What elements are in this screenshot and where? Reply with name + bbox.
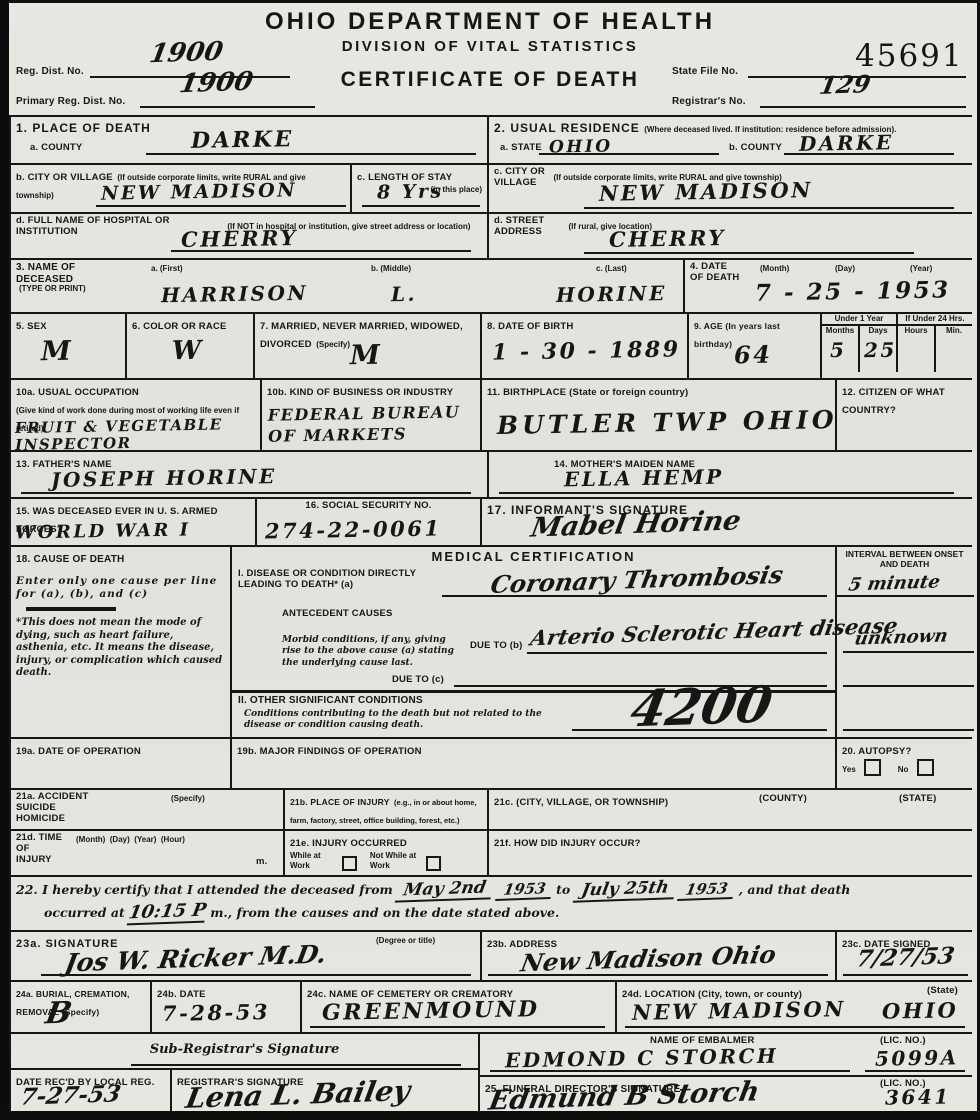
- residence-county-label: b. COUNTY: [729, 143, 782, 154]
- date-received-value: 7-27-53: [18, 1080, 123, 1110]
- burial-type-cell: 24a. BURIAL, CREMATION, REMOVAL (Specify…: [9, 980, 150, 1032]
- cause-note-1: Enter only one cause per line for (a), (…: [16, 575, 225, 601]
- primary-reg-dist-label: Primary Reg. Dist. No.: [16, 96, 125, 108]
- reg-dist-label: Reg. Dist. No.: [16, 66, 84, 78]
- birthplace-value: BUTLER TWP OHIO: [497, 405, 838, 440]
- date-of-birth-cell: 8. DATE OF BIRTH 1 - 30 - 1889: [480, 312, 687, 378]
- under-1-year-label: Under 1 Year: [822, 314, 898, 324]
- document-title: OHIO DEPARTMENT OF HEALTH: [0, 8, 980, 36]
- time-of-injury-m: m.: [256, 857, 268, 868]
- registrar-no-value: 129: [817, 69, 873, 100]
- interval-cell: INTERVAL BETWEEN ONSET AND DEATH 5 minut…: [835, 545, 972, 737]
- ssn-label: 16. SOCIAL SECURITY NO.: [262, 501, 475, 512]
- date-of-death-label: 4. DATE OF DEATH: [690, 262, 740, 284]
- major-findings-label: 19b. MAJOR FINDINGS OF OPERATION: [237, 746, 422, 757]
- place-of-injury-label: 21b. PLACE OF INJURY: [290, 797, 390, 807]
- section2-title: 2. USUAL RESIDENCE: [494, 121, 640, 135]
- marital-note: (Specify): [316, 340, 350, 349]
- interval-label: INTERVAL BETWEEN ONSET AND DEATH: [842, 549, 967, 569]
- residence-city-value: NEW MADISON: [599, 177, 813, 206]
- mother-value: ELLA HEMP: [564, 465, 724, 492]
- while-at-work-label: While at Work: [290, 851, 338, 870]
- registrar-no-label: Registrar's No.: [672, 96, 746, 108]
- birthplace-label: 11. BIRTHPLACE (State or foreign country…: [487, 387, 688, 398]
- other-conditions-label: II. OTHER SIGNIFICANT CONDITIONS: [238, 695, 423, 707]
- date-of-operation-label: 19a. DATE OF OPERATION: [16, 746, 141, 757]
- first-name-label: a. (First): [151, 264, 183, 274]
- marital-value: M: [350, 340, 383, 372]
- burial-date-cell: 24b. DATE 7-28-53: [150, 980, 300, 1032]
- informant-cell: 17. INFORMANT'S SIGNATURE Mabel Horine: [480, 497, 972, 545]
- funeral-director-signature: Edmund B Storch: [486, 1076, 761, 1116]
- sub-registrar-label: Sub-Registrar's Signature: [16, 1042, 473, 1057]
- physician-signature-cell: 23a. SIGNATURE (Degree or title) Jos W. …: [9, 930, 480, 980]
- burial-date-label: 24b. DATE: [157, 989, 206, 1000]
- days-value: 25: [864, 337, 897, 362]
- ssn-cell: 16. SOCIAL SECURITY NO. 274-22-0061: [255, 497, 480, 545]
- under-24-hrs-label: If Under 24 Hrs.: [898, 314, 972, 324]
- certify-to: to: [556, 882, 570, 897]
- morbid-conditions-note: Morbid conditions, if any, giving rise t…: [282, 635, 462, 669]
- state-file-label: State File No.: [672, 66, 738, 78]
- other-conditions-note: Conditions contributing to the death but…: [244, 709, 544, 732]
- how-injury-occurred-cell: 21f. HOW DID INJURY OCCUR?: [487, 829, 972, 875]
- cemetery-value: GREENMOUND: [322, 996, 540, 1026]
- first-name-value: HARRISON: [161, 281, 309, 308]
- attended-to-year: 1953: [677, 879, 736, 901]
- residence-state-label: a. STATE: [500, 142, 542, 153]
- injury-occurred-cell: 21e. INJURY OCCURRED While at Work Not W…: [283, 829, 487, 875]
- not-while-at-work-label: Not While at Work: [370, 851, 422, 870]
- dod-month-label: (Month): [760, 264, 789, 274]
- cause-of-death-left-cell: 18. CAUSE OF DEATH Enter only one cause …: [9, 545, 230, 737]
- race-cell: 6. COLOR OR RACE W: [125, 312, 253, 378]
- business-cell: 10b. KIND OF BUSINESS OR INDUSTRY FEDERA…: [260, 378, 480, 450]
- date-of-operation-cell: 19a. DATE OF OPERATION: [9, 737, 230, 788]
- length-of-stay-value: 8 Yrs: [377, 180, 444, 203]
- funeral-director-lic-value: 3641: [885, 1084, 951, 1109]
- signature-degree-note: (Degree or title): [376, 936, 435, 946]
- race-value: W: [172, 336, 204, 367]
- usual-residence-cell: 2. USUAL RESIDENCE (Where deceased lived…: [487, 115, 972, 163]
- business-value: FEDERAL BUREAU OF MARKETS: [268, 402, 469, 447]
- due-to-b-label: DUE TO (b): [470, 641, 523, 652]
- burial-location-state-value: OHIO: [882, 997, 959, 1023]
- citizen-label: 12. CITIZEN OF WHAT COUNTRY?: [842, 387, 945, 416]
- residence-city-cell: c. CITY OR VILLAGE (If outside corporate…: [487, 163, 972, 212]
- street-value: CHERRY: [609, 225, 726, 252]
- last-name-label: c. (Last): [596, 264, 627, 274]
- ssn-value: 274-22-0061: [265, 515, 442, 543]
- days-label: Days: [860, 326, 896, 336]
- months-label: Months: [822, 326, 858, 336]
- months-value: 5: [830, 337, 847, 361]
- middle-name-value: L.: [391, 282, 417, 306]
- occupation-cell: 10a. USUAL OCCUPATION (Give kind of work…: [9, 378, 260, 450]
- date-received-cell: DATE REC'D BY LOCAL REG. 7-27-53: [9, 1068, 170, 1111]
- hospital-label: d. FULL NAME OF HOSPITAL OR INSTITUTION: [16, 216, 196, 238]
- cause-note-2: *This does not mean the mode of dying, s…: [16, 617, 225, 680]
- last-name-value: HORINE: [556, 281, 667, 307]
- birthplace-cell: 11. BIRTHPLACE (State or foreign country…: [480, 378, 835, 450]
- death-certificate-document: OHIO DEPARTMENT OF HEALTH DIVISION OF VI…: [0, 0, 980, 1120]
- citizen-cell: 12. CITIZEN OF WHAT COUNTRY?: [835, 378, 972, 450]
- primary-reg-dist-value: 1900: [177, 67, 255, 100]
- county-label: a. COUNTY: [30, 142, 82, 153]
- injury-city-label: 21c. (CITY, VILLAGE, OR TOWNSHIP): [494, 797, 668, 808]
- attended-from-value: May 2nd: [395, 877, 495, 902]
- name-of-deceased-cell: 3. NAME OF DECEASED (TYPE OR PRINT) a. (…: [9, 258, 683, 312]
- autopsy-no-checkbox: [917, 759, 934, 776]
- burial-location-state-label: (State): [927, 986, 958, 997]
- attended-from-year: 1953: [495, 879, 554, 901]
- city-label: b. CITY OR VILLAGE: [16, 172, 113, 183]
- due-to-c-label: DUE TO (c): [392, 675, 444, 686]
- time-of-death-value: 10:15 P: [127, 900, 208, 926]
- how-injury-occurred-label: 21f. HOW DID INJURY OCCUR?: [494, 838, 641, 849]
- place-of-death-county-cell: 1. PLACE OF DEATH a. COUNTY DARKE: [9, 115, 487, 163]
- city-value: NEW MADISON: [101, 179, 297, 204]
- father-value: JOSEPH HORINE: [51, 464, 277, 492]
- injury-occurred-label: 21e. INJURY OCCURRED: [290, 838, 407, 849]
- armed-forces-value: WORLD WAR I: [15, 519, 191, 543]
- time-of-injury-cols: (Month) (Day) (Year) (Hour): [76, 835, 185, 845]
- name-subtitle: (TYPE OR PRINT): [19, 284, 86, 294]
- interval-a-value: 5 minute: [847, 571, 942, 595]
- accident-label: 21a. ACCIDENT SUICIDE HOMICIDE: [16, 792, 96, 825]
- cause-a-value: Coronary Thrombosis: [488, 560, 785, 599]
- armed-forces-cell: 15. WAS DECEASED EVER IN U. S. ARMED FOR…: [9, 497, 255, 545]
- registrar-signature-value: Lena L. Bailey: [183, 1074, 412, 1115]
- date-of-death-value: 7 - 25 - 1953: [755, 276, 951, 306]
- dod-year-label: (Year): [910, 264, 932, 274]
- medical-certification-cell: MEDICAL CERTIFICATION I. DISEASE OR COND…: [230, 545, 835, 737]
- scan-left-edge: [0, 0, 9, 1120]
- certify-occurred: occurred at: [44, 905, 125, 920]
- burial-value: B: [43, 996, 75, 1032]
- autopsy-yes-label: Yes: [842, 765, 856, 774]
- injury-state-label: (STATE): [899, 794, 936, 805]
- residence-city-label: c. CITY OR VILLAGE: [494, 167, 549, 189]
- sex-value: M: [41, 336, 74, 368]
- burial-location-value: NEW MADISON: [632, 996, 846, 1025]
- age-subcolumns-cell: Under 1 Year If Under 24 Hrs. Months 5 D…: [820, 312, 972, 378]
- burial-date-value: 7-28-53: [162, 999, 270, 1026]
- occupation-value: FRUIT & VEGETABLE INSPECTOR: [15, 416, 251, 453]
- age-cell: 9. AGE (In years last birthday) 64: [687, 312, 820, 378]
- father-name-cell: 13. FATHER'S NAME JOSEPH HORINE: [9, 450, 487, 497]
- injury-location-cell: 21c. (CITY, VILLAGE, OR TOWNSHIP) (COUNT…: [487, 788, 972, 829]
- embalmer-name-value: EDMOND C STORCH: [505, 1044, 779, 1073]
- burial-location-cell: 24d. LOCATION (City, town, or county) (S…: [615, 980, 972, 1032]
- section1-title: 1. PLACE OF DEATH: [16, 121, 151, 135]
- accident-note: (Specify): [171, 794, 205, 804]
- certify-post2: m., from the causes and on the date stat…: [210, 905, 559, 920]
- mother-name-cell: 14. MOTHER'S MAIDEN NAME ELLA HEMP: [487, 450, 972, 497]
- date-of-death-cell: 4. DATE OF DEATH (Month) (Day) (Year) 7 …: [683, 258, 972, 312]
- middle-name-label: b. (Middle): [371, 264, 411, 274]
- marital-status-cell: 7. MARRIED, NEVER MARRIED, WIDOWED, DIVO…: [253, 312, 480, 378]
- certify-post1: , and that death: [739, 882, 851, 897]
- physician-address-cell: 23b. ADDRESS New Madison Ohio: [480, 930, 835, 980]
- cause-of-death-label: 18. CAUSE OF DEATH: [16, 554, 124, 565]
- injury-county-label: (COUNTY): [759, 794, 807, 805]
- interval-b-value: unknown: [853, 625, 950, 649]
- autopsy-cell: 20. AUTOPSY? Yes No: [835, 737, 972, 788]
- business-label: 10b. KIND OF BUSINESS OR INDUSTRY: [267, 387, 453, 398]
- autopsy-yes-checkbox: [864, 759, 881, 776]
- time-of-injury-cell: 21d. TIME OF INJURY (Month) (Day) (Year)…: [9, 829, 283, 875]
- autopsy-label: 20. AUTOPSY?: [842, 746, 911, 757]
- hours-label: Hours: [898, 326, 934, 336]
- cemetery-cell: 24c. NAME OF CEMETERY OR CREMATORY GREEN…: [300, 980, 615, 1032]
- attended-to-value: July 25th: [572, 877, 677, 902]
- residence-street-cell: d. STREET ADDRESS (If rural, give locati…: [487, 212, 972, 258]
- autopsy-no-label: No: [898, 765, 909, 774]
- occupation-label: 10a. USUAL OCCUPATION: [16, 387, 139, 398]
- place-of-death-city-cell: b. CITY OR VILLAGE (If outside corporate…: [9, 163, 350, 212]
- name-title: 3. NAME OF DECEASED: [16, 262, 111, 285]
- certify-pre: 22. I hereby certify that I attended the…: [16, 882, 393, 897]
- hospital-name-cell: d. FULL NAME OF HOSPITAL OR INSTITUTION …: [9, 212, 487, 258]
- informant-signature: Mabel Horine: [529, 505, 744, 543]
- funeral-director-cell: 25. FUNERAL DIRECTOR'S SIGNATURE (LIC. N…: [478, 1075, 972, 1111]
- residence-county-value: DARKE: [799, 130, 894, 156]
- dob-label: 8. DATE OF BIRTH: [487, 321, 573, 332]
- reg-dist-value: 1900: [147, 37, 225, 70]
- street-label: d. STREET ADDRESS: [494, 216, 564, 238]
- registrar-signature-cell: REGISTRAR'S SIGNATURE Lena L. Bailey: [170, 1068, 478, 1111]
- certification-statement-cell: 22. I hereby certify that I attended the…: [9, 875, 972, 930]
- race-label: 6. COLOR OR RACE: [132, 321, 227, 332]
- dod-day-label: (Day): [835, 264, 855, 274]
- date-signed-value: 7/27/53: [854, 942, 956, 972]
- disease-condition-label: I. DISEASE OR CONDITION DIRECTLY LEADING…: [238, 569, 438, 591]
- major-findings-cell: 19b. MAJOR FINDINGS OF OPERATION: [230, 737, 835, 788]
- county-value: DARKE: [191, 126, 294, 154]
- document-subtitle: DIVISION OF VITAL STATISTICS: [0, 38, 980, 55]
- length-of-stay-cell: c. LENGTH OF STAY (in this place) 8 Yrs: [350, 163, 487, 212]
- embalmer-lic-value: 5099A: [875, 1045, 959, 1070]
- sub-registrar-cell: Sub-Registrar's Signature: [9, 1032, 478, 1068]
- sex-cell: 5. SEX M: [9, 312, 125, 378]
- place-of-injury-cell: 21b. PLACE OF INJURY (e.g., in or about …: [283, 788, 487, 829]
- physician-address-value: New Madison Ohio: [519, 940, 779, 978]
- not-while-at-work-checkbox: [426, 856, 441, 871]
- age-value: 64: [734, 340, 773, 370]
- while-at-work-checkbox: [342, 856, 357, 871]
- time-of-injury-label: 21d. TIME OF INJURY: [16, 833, 66, 866]
- sex-label: 5. SEX: [16, 321, 47, 332]
- dob-value: 1 - 30 - 1889: [492, 336, 681, 365]
- min-label: Min.: [936, 326, 972, 336]
- embalmer-cell: NAME OF EMBALMER (LIC. NO.) EDMOND C STO…: [478, 1032, 972, 1075]
- accident-suicide-homicide-cell: 21a. ACCIDENT SUICIDE HOMICIDE (Specify): [9, 788, 283, 829]
- date-signed-cell: 23c. DATE SIGNED 7/27/53: [835, 930, 972, 980]
- hospital-value: CHERRY: [181, 225, 298, 252]
- antecedent-causes-label: ANTECEDENT CAUSES: [282, 609, 393, 620]
